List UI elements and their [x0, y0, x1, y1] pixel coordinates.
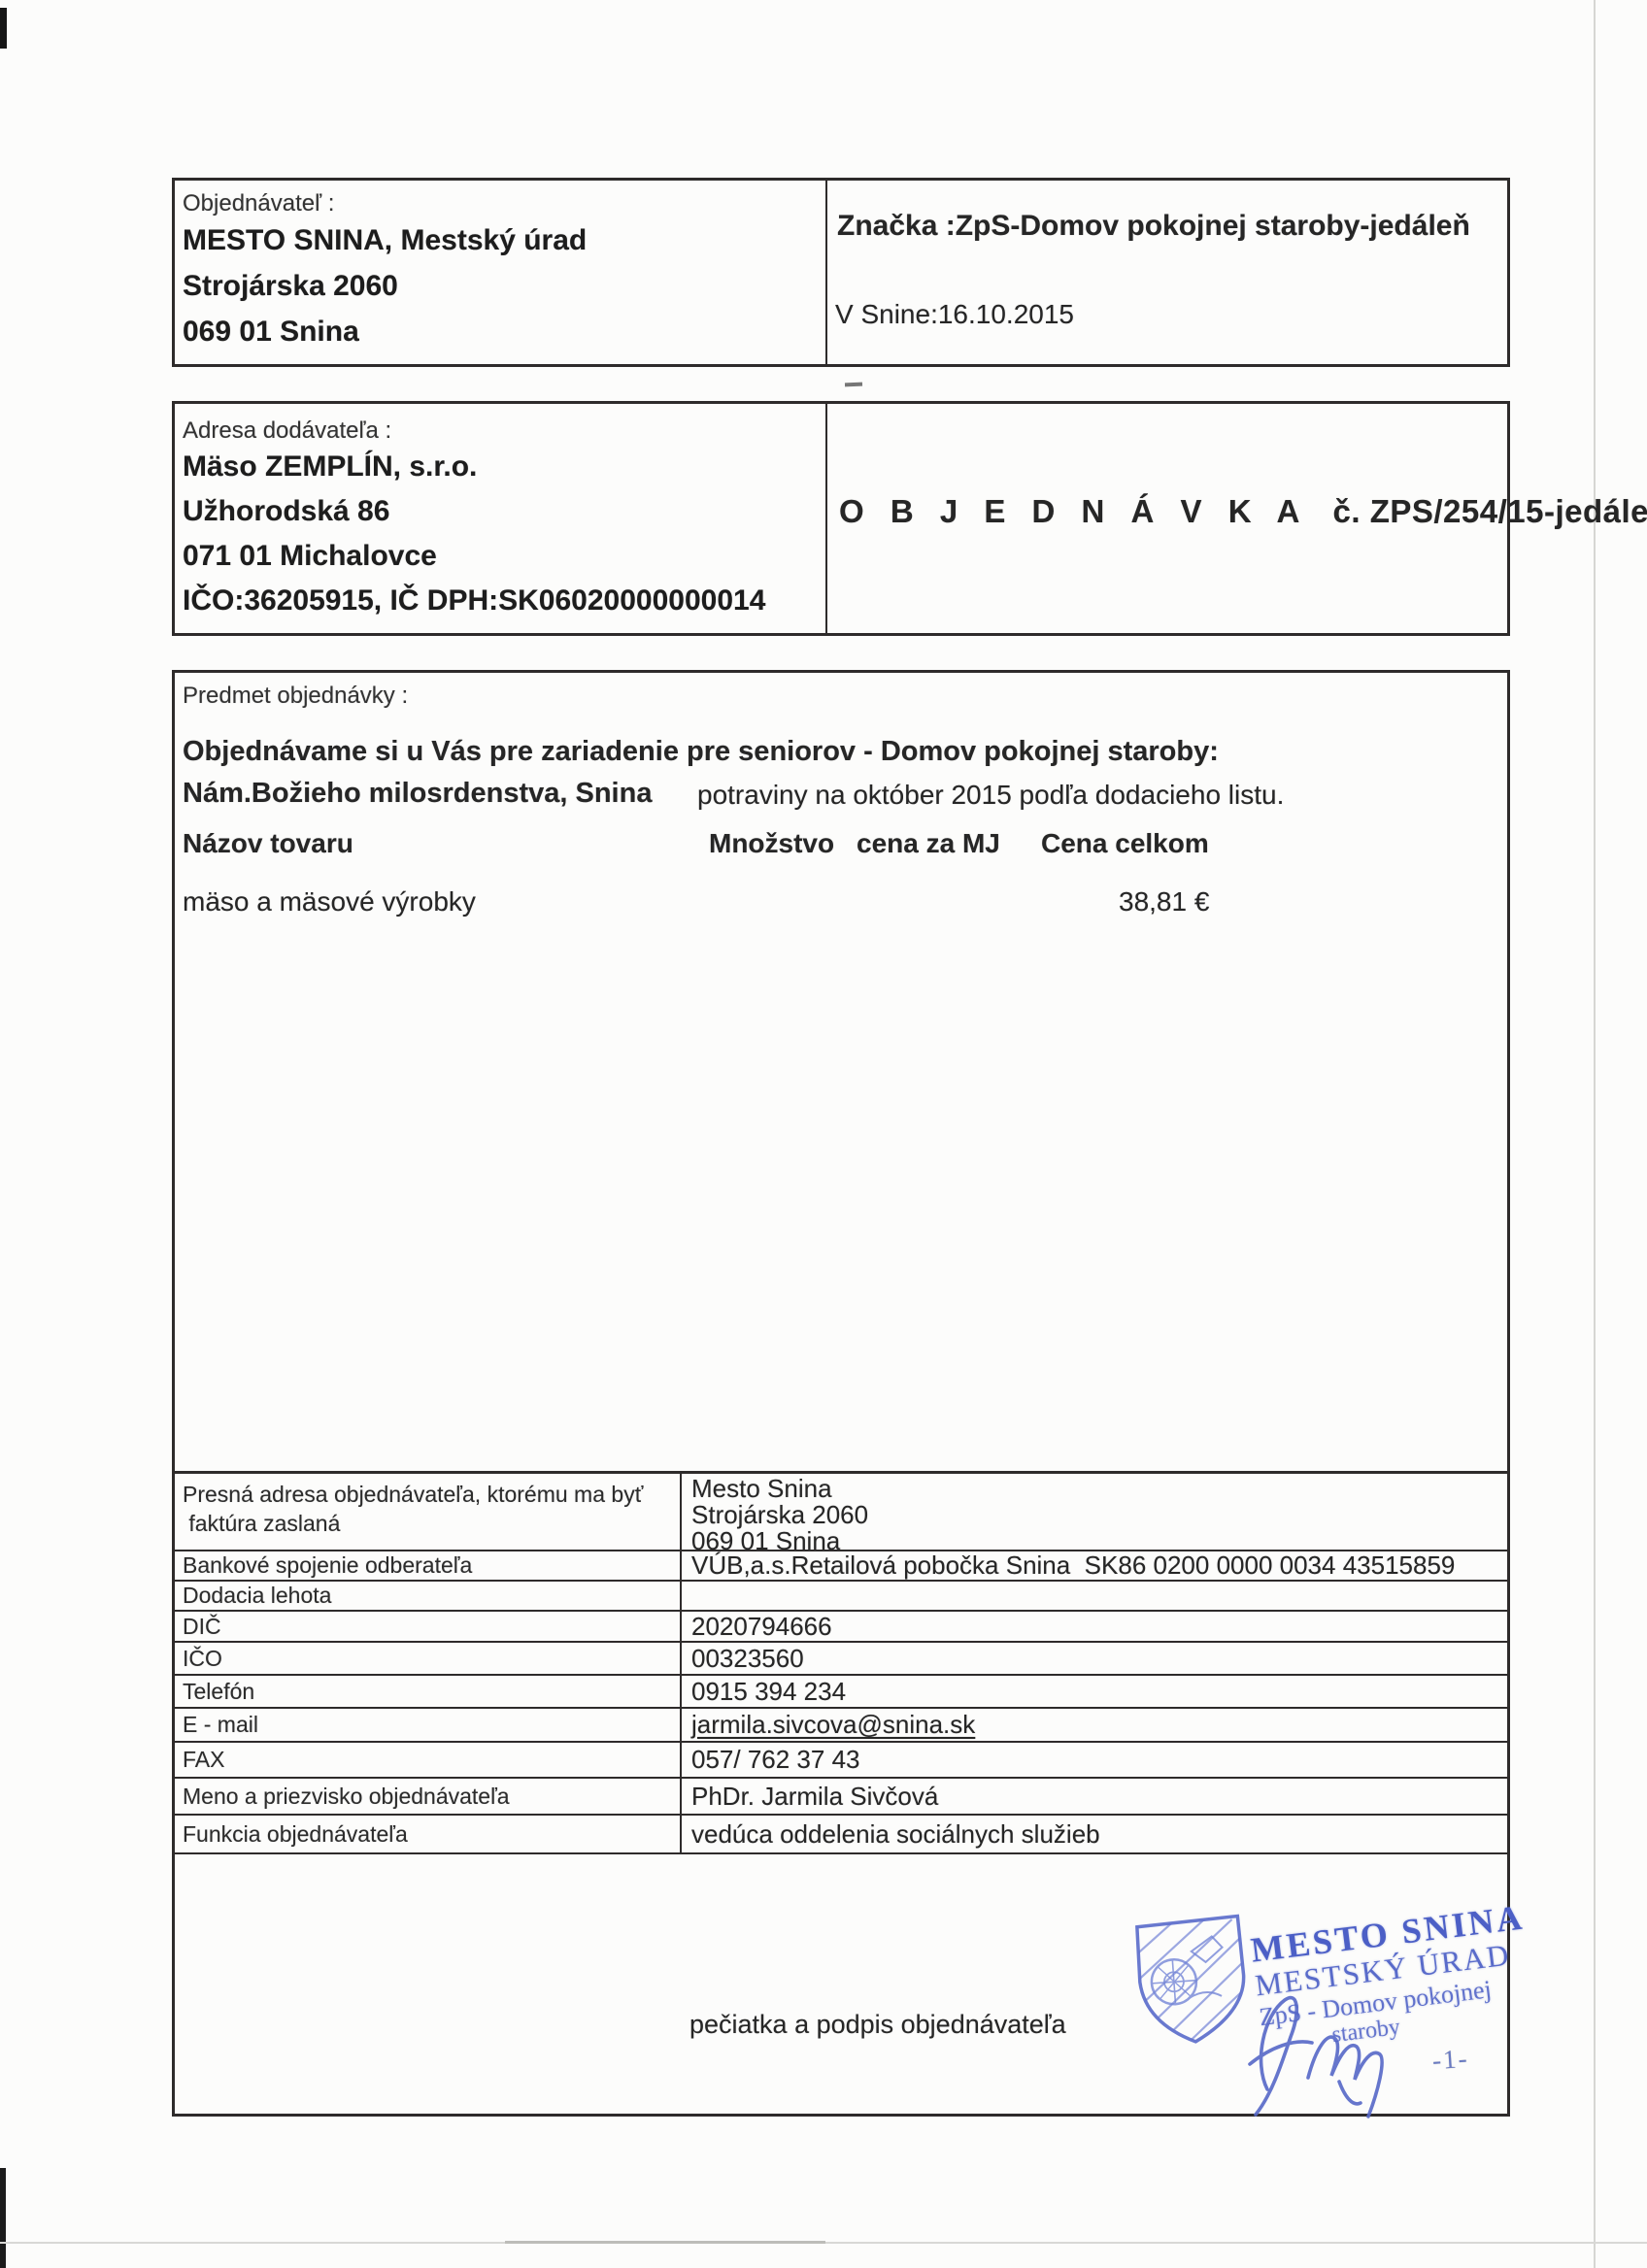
place-and-date: V Snine:16.10.2015: [835, 299, 1074, 330]
row-value: vedúca oddelenia sociálnych služieb: [680, 1816, 1507, 1852]
row-value: [680, 1582, 1507, 1610]
subject-label: Predmet objednávky :: [183, 683, 408, 710]
table-row-bank: Bankové spojenie odberateľa VÚB,a.s.Reta…: [175, 1551, 1507, 1582]
row-value: Mesto Snina Strojárska 2060 069 01 Snina: [680, 1474, 1507, 1550]
column-header-total: Cena celkom: [1041, 828, 1209, 859]
row-value: 057/ 762 37 43: [680, 1743, 1507, 1777]
supplier-ids: IČO:36205915, IČ DPH:SK06020000000014: [183, 579, 825, 623]
customer-city: 069 01 Snina: [183, 309, 825, 354]
table-row-invoice-address: Presná adresa objednávateľa, ktorému ma …: [175, 1474, 1507, 1551]
reference-mark: Značka :ZpS-Domov pokojnej staroby-jedál…: [837, 210, 1470, 243]
email-value: jarmila.sivcova@snina.sk: [680, 1709, 1507, 1741]
table-row-ico: IČO 00323560: [175, 1643, 1507, 1676]
supplier-street: Užhorodská 86: [183, 489, 825, 534]
table-row-delivery-term: Dodacia lehota: [175, 1582, 1507, 1612]
row-label: IČO: [175, 1643, 680, 1674]
order-title: O B J E D N Á V K A č. ZPS/254/15-jedále…: [839, 493, 1647, 530]
page-number: -1-: [1431, 2044, 1470, 2077]
row-value: 0915 394 234: [680, 1676, 1507, 1707]
reference-cell: Značka :ZpS-Domov pokojnej staroby-jedál…: [825, 181, 1507, 364]
row-value: 2020794666: [680, 1612, 1507, 1641]
row-label: Telefón: [175, 1676, 680, 1707]
supplier-city: 071 01 Michalovce: [183, 534, 825, 579]
row-label: Bankové spojenie odberateľa: [175, 1551, 680, 1580]
table-row-orderer-name: Meno a priezvisko objednávateľa PhDr. Ja…: [175, 1779, 1507, 1816]
scan-noise-dash: [845, 383, 862, 387]
supplier-cell: Adresa dodávateľa : Mäso ZEMPLÍN, s.r.o.…: [175, 404, 825, 633]
customer-street: Strojárska 2060: [183, 263, 825, 309]
scan-edge-line-right: [1594, 0, 1596, 2268]
table-row-phone: Telefón 0915 394 234: [175, 1676, 1507, 1709]
scan-edge-line-bottom-dark: [505, 2241, 825, 2244]
order-word: O B J E D N Á V K A: [839, 493, 1308, 529]
subject-section: Predmet objednávky : Objednávame si u Vá…: [175, 673, 1507, 1474]
row-value: PhDr. Jarmila Sivčová: [680, 1779, 1507, 1814]
row-label: Funkcia objednávateľa: [175, 1816, 680, 1852]
customer-label: Objednávateľ :: [183, 190, 825, 217]
customer-name: MESTO SNINA, Mestský úrad: [183, 217, 825, 263]
table-row-email: E - mail jarmila.sivcova@snina.sk: [175, 1709, 1507, 1743]
table-row-orderer-function: Funkcia objednávateľa vedúca oddelenia s…: [175, 1816, 1507, 1854]
scanned-order-document: Objednávateľ : MESTO SNINA, Mestský úrad…: [0, 0, 1647, 2268]
stamp-section: pečiatka a podpis objednávateľa: [175, 1854, 1507, 2114]
scan-edge-mark-top-left: [0, 8, 7, 49]
order-body-box: Predmet objednávky : Objednávame si u Vá…: [172, 670, 1510, 2117]
subject-address: Nám.Božieho milosrdenstva, Snina: [183, 778, 652, 810]
row-label: Presná adresa objednávateľa, ktorému ma …: [175, 1474, 680, 1550]
customer-box: Objednávateľ : MESTO SNINA, Mestský úrad…: [172, 178, 1510, 367]
stamp-caption: pečiatka a podpis objednávateľa: [689, 2010, 1066, 2040]
row-label: DIČ: [175, 1612, 680, 1641]
supplier-box: Adresa dodávateľa : Mäso ZEMPLÍN, s.r.o.…: [172, 401, 1510, 636]
item-name: mäso a mäsové výrobky: [183, 886, 476, 917]
column-header-item: Názov tovaru: [183, 828, 353, 859]
stamp-shield-icon: [1126, 1913, 1256, 2052]
row-value: 00323560: [680, 1643, 1507, 1674]
subject-text-line1: Objednávame si u Vás pre zariadenie pre …: [183, 736, 1219, 768]
item-total-price: 38,81 €: [1119, 886, 1209, 917]
supplier-label: Adresa dodávateľa :: [183, 417, 825, 445]
column-header-unit-price: cena za MJ: [857, 828, 1000, 859]
order-number: č. ZPS/254/15-jedáleň: [1333, 493, 1647, 529]
table-row-fax: FAX 057/ 762 37 43: [175, 1743, 1507, 1779]
row-label: Dodacia lehota: [175, 1582, 680, 1610]
row-label: E - mail: [175, 1709, 680, 1741]
customer-cell: Objednávateľ : MESTO SNINA, Mestský úrad…: [175, 181, 825, 364]
scan-edge-mark-bottom-left: [0, 2168, 6, 2268]
order-number-cell: O B J E D N Á V K A č. ZPS/254/15-jedále…: [825, 404, 1507, 633]
supplier-name: Mäso ZEMPLÍN, s.r.o.: [183, 445, 825, 489]
row-value: VÚB,a.s.Retailová pobočka Snina SK86 020…: [680, 1551, 1507, 1580]
row-label: FAX: [175, 1743, 680, 1777]
signature-scribble: [1238, 1988, 1432, 2124]
column-header-quantity: Množstvo: [709, 828, 834, 859]
subject-period: potraviny na október 2015 podľa dodacieh…: [697, 780, 1284, 811]
table-row-dic: DIČ 2020794666: [175, 1612, 1507, 1643]
row-label: Meno a priezvisko objednávateľa: [175, 1779, 680, 1814]
